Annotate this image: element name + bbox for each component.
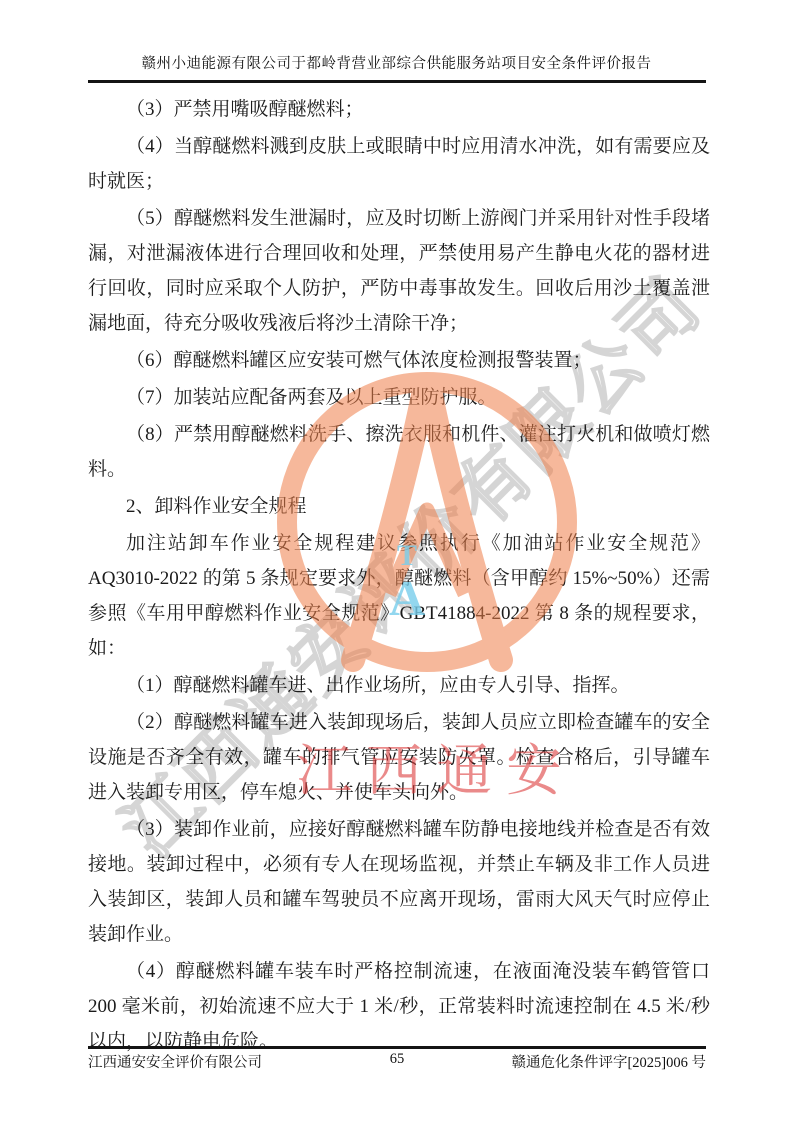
body-paragraph: （5）醇醚燃料发生泄漏时，应及时切断上游阀门并采用针对性手段堵漏，对泄漏液体进行… bbox=[88, 201, 710, 341]
section-heading: 2、卸料作业安全规程 bbox=[88, 489, 710, 524]
body-paragraph: （6）醇醚燃料罐区应安装可燃气体浓度检测报警装置； bbox=[88, 343, 710, 378]
page-footer: 江西通安安全评价有限公司 65 赣通危化条件评字[2025]006 号 bbox=[88, 1051, 706, 1072]
page-header-title: 赣州小迪能源有限公司于都岭背营业部综合供能服务站项目安全条件评价报告 bbox=[0, 52, 793, 73]
body-paragraph: （7）加装站应配备两套及以上重型防护服。 bbox=[88, 380, 710, 415]
footer-rule bbox=[88, 1046, 706, 1049]
body-paragraph: （3）装卸作业前，应接好醇醚燃料罐车防静电接地线并检查是否有效接地。装卸过程中，… bbox=[88, 812, 710, 952]
document-body: （3）严禁用嘴吸醇醚燃料； （4）当醇醚燃料溅到皮肤上或眼睛中时应用清水冲洗，如… bbox=[88, 92, 710, 1059]
footer-company: 江西通安安全评价有限公司 bbox=[88, 1051, 262, 1072]
body-paragraph: （8）严禁用醇醚燃料洗手、擦洗衣服和机件、灌注打火机和做喷灯燃料。 bbox=[88, 417, 710, 487]
report-page: 江西通安评价有限公司 赣州小迪能源有限公司于都岭背营业部综合供能服务站项目安全条… bbox=[0, 0, 793, 1122]
body-paragraph: （1）醇醚燃料罐车进、出作业场所，应由专人引导、指挥。 bbox=[88, 668, 710, 703]
body-paragraph: （2）醇醚燃料罐车进入装卸现场后，装卸人员应立即检查罐车的安全设施是否齐全有效，… bbox=[88, 705, 710, 810]
footer-doc-number: 赣通危化条件评字[2025]006 号 bbox=[511, 1051, 706, 1072]
page-number: 65 bbox=[390, 1051, 405, 1068]
body-paragraph: （4）醇醚燃料罐车装车时严格控制流速，在液面淹没装车鹤管管口 200 毫米前，初… bbox=[88, 954, 710, 1059]
header-rule bbox=[88, 80, 706, 83]
body-paragraph: 加注站卸车作业安全规程建议参照执行《加油站作业安全规范》AQ3010-2022 … bbox=[88, 526, 710, 666]
body-paragraph: （3）严禁用嘴吸醇醚燃料； bbox=[88, 92, 710, 127]
body-paragraph: （4）当醇醚燃料溅到皮肤上或眼睛中时应用清水冲洗，如有需要应及时就医； bbox=[88, 129, 710, 199]
